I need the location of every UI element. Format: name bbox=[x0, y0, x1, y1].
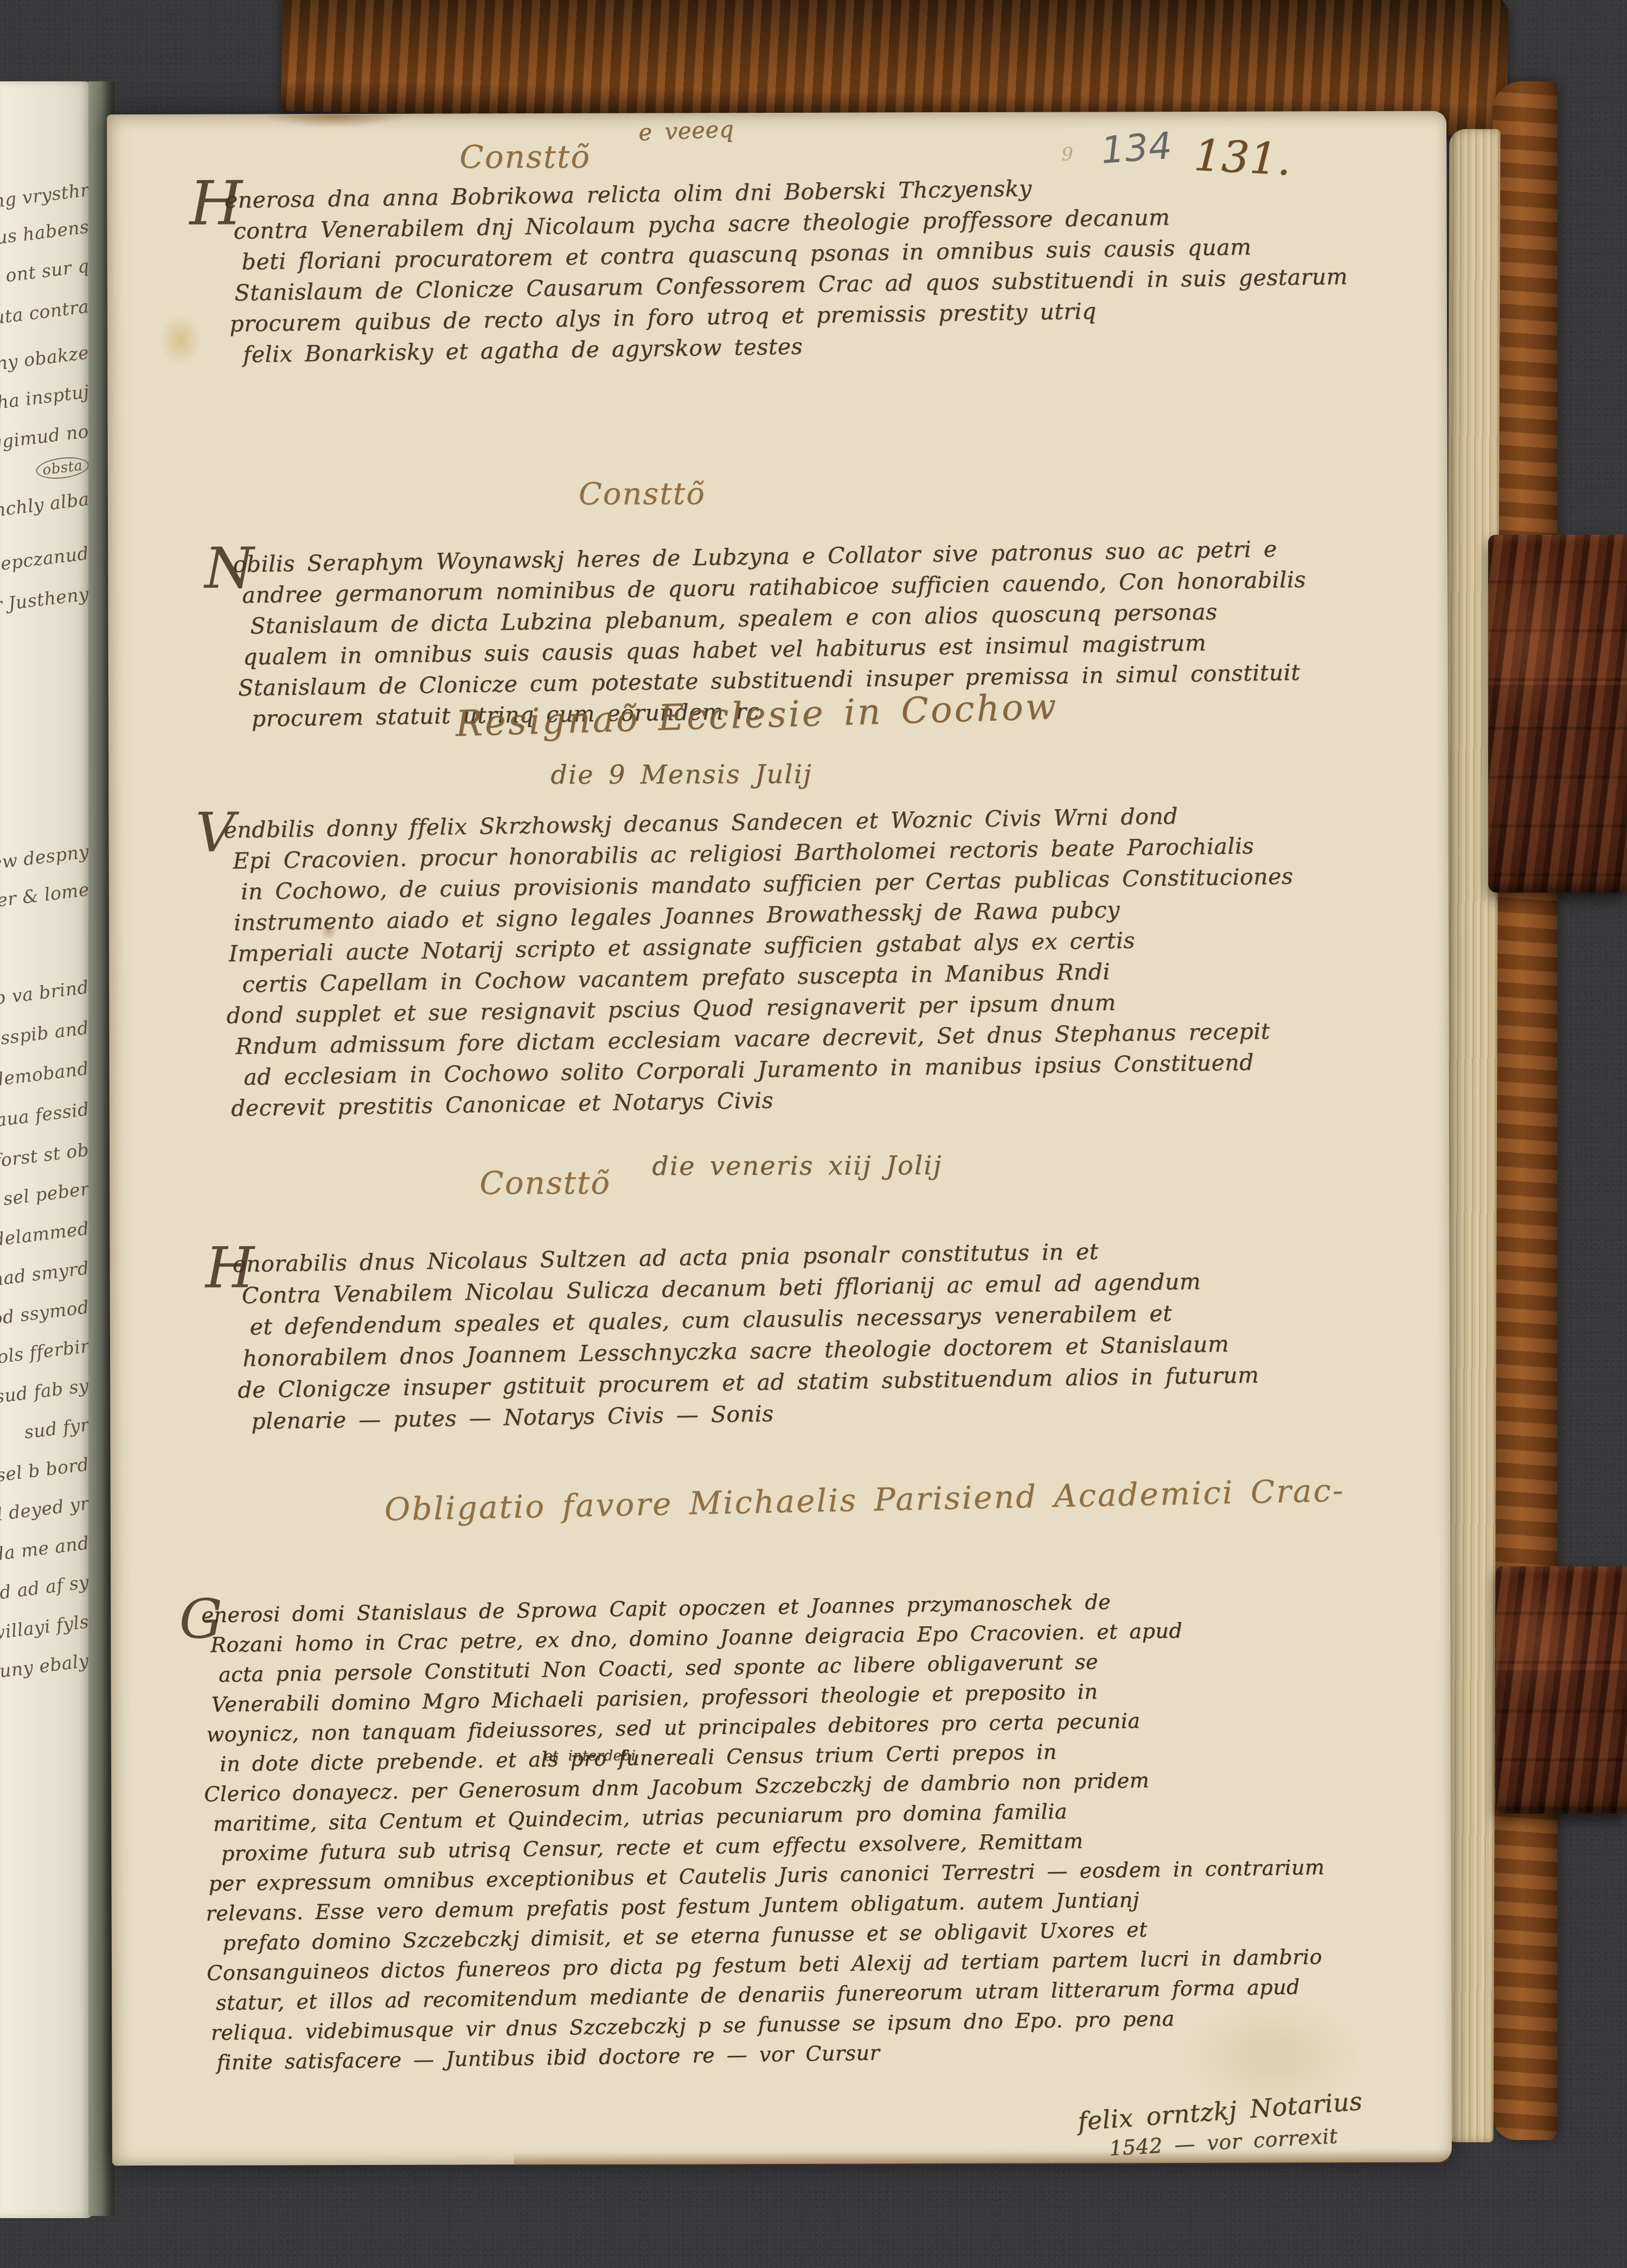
facing-page-text-fragment: onad smyrd bbox=[0, 1257, 90, 1291]
facing-page-text-fragment: willayi fyls bbox=[0, 1611, 90, 1644]
leather-clasp-strap-upper bbox=[1488, 535, 1627, 893]
entry-paragraph: enerosa dna anna Bobrikowa relicta olim … bbox=[224, 169, 1349, 371]
facing-page-text-fragment: genchly alba bbox=[0, 488, 90, 523]
entry-heading-date: die veneris xiij Jolij bbox=[652, 1150, 943, 1181]
paper-stain bbox=[159, 314, 202, 366]
facing-page-text-fragment: forst st ob bbox=[0, 1139, 90, 1171]
facing-page-text-fragment: ysk da me and bbox=[0, 1532, 90, 1569]
entry-heading: Consttõ bbox=[479, 1164, 611, 1202]
facing-page-text-fragment: oprssud fab sy bbox=[0, 1375, 90, 1412]
facing-page-text-fragment: will sel peber bbox=[0, 1178, 90, 1214]
quire-mark: e veeeq bbox=[638, 116, 734, 146]
page-block-edges bbox=[1443, 129, 1501, 2142]
facing-page-text-fragment: beal delammed bbox=[0, 1218, 90, 1256]
facing-page-text-fragment: ssharus habens bbox=[0, 216, 90, 254]
facing-page-text-fragment: y Sthepczanud bbox=[0, 542, 90, 580]
entry-heading: Consttõ bbox=[459, 138, 591, 176]
manuscript-photograph: llung vrysthrssharus habensr ont sur qut… bbox=[0, 0, 1627, 2268]
facing-page-text-fragment: t sel b bord bbox=[0, 1453, 90, 1488]
facing-page-text-fragment: a de seha insptuj bbox=[0, 381, 90, 421]
facing-page-text-fragment: ggimud no bbox=[0, 420, 90, 453]
leather-clasp-strap-lower bbox=[1496, 1566, 1627, 1814]
facing-page-text-fragment: wols fferbir bbox=[0, 1335, 90, 1369]
entry-heading: Consttõ bbox=[579, 476, 706, 512]
facing-page-text-fragment: obsta bbox=[35, 454, 90, 482]
entry-paragraph: enerosi domi Stanislaus de Sprowa Capit … bbox=[201, 1584, 1328, 2078]
facing-page-text-fragment: llung vrysthr bbox=[0, 179, 90, 215]
facing-page-text-fragment: f andrew despny bbox=[0, 841, 90, 880]
manuscript-page: e veeeq 9 134 131. Consttõ H enerosa dna… bbox=[107, 111, 1452, 2166]
facing-page-text-fragment: hear Justheny bbox=[0, 583, 90, 620]
book-cover-fore-edge bbox=[1493, 81, 1558, 2140]
facing-page-text-fragment: r ont sur q bbox=[0, 255, 90, 288]
facing-page-text-fragment: sud fyr bbox=[23, 1414, 91, 1443]
facing-page-text-fragment: uta contra bbox=[0, 296, 90, 328]
facing-page-text-fragment: tt web sspib and bbox=[0, 1017, 90, 1056]
facing-page-edge: llung vrysthrssharus habensr ont sur qut… bbox=[0, 81, 92, 2218]
entry-heading: Obligatio favore Michaelis Parisiend Aca… bbox=[384, 1472, 1345, 1528]
folio-number-pencil: 134 bbox=[1100, 125, 1174, 172]
facing-page-text-fragment: puly beter & lome bbox=[0, 879, 90, 920]
facing-page-text-fragment: illud demoband bbox=[0, 1058, 90, 1096]
paper-stain bbox=[264, 114, 405, 131]
facing-page-text-fragment: aua fessid bbox=[0, 1098, 90, 1131]
facing-page-text-fragment: lanuny ebaly bbox=[0, 1650, 90, 1685]
facing-page-text-fragment: will deyed yr bbox=[0, 1492, 90, 1528]
facing-page-text-fragment: Vod ssymod bbox=[0, 1296, 90, 1330]
facing-page-text-fragment: bebeb va brind bbox=[0, 976, 90, 1014]
entry-paragraph: onorabilis dnus Nicolaus Sultzen ad acta… bbox=[232, 1233, 1259, 1437]
facing-page-text-fragment: ghimanany obakze bbox=[0, 342, 90, 384]
folio-faint-mark: 9 bbox=[1061, 144, 1073, 165]
facing-page-text-fragment: mad ad af sy bbox=[0, 1571, 90, 1606]
entry-subheading-date: die 9 Mensis Julij bbox=[550, 759, 812, 790]
entry-paragraph: endbilis donny ffelix Skrzhowskj decanus… bbox=[223, 799, 1297, 1124]
